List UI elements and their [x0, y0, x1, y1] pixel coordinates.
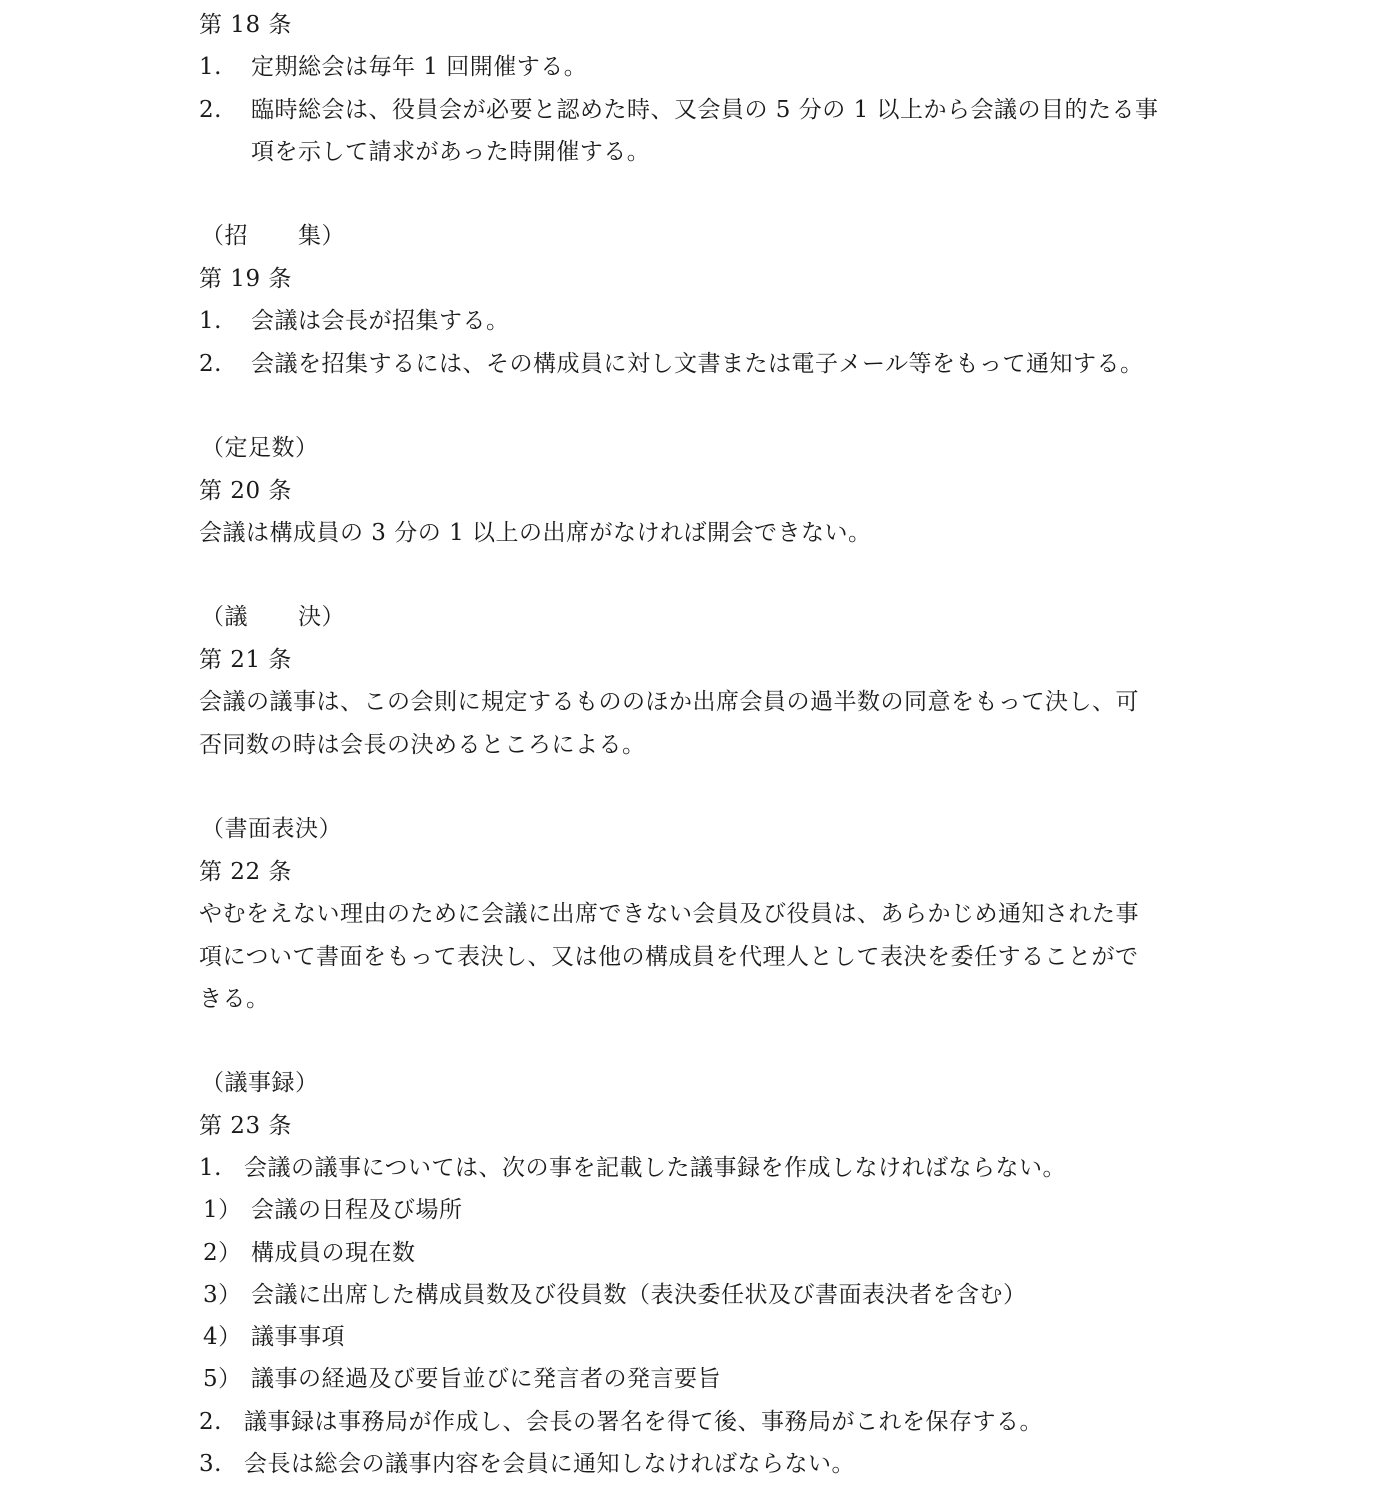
list-item: 1.会議は会長が招集する。 — [199, 300, 510, 342]
article-body: 会議の議事は、この会則に規定するもののほか出席会員の過半数の同意をもって決し、可 — [199, 681, 1139, 723]
sub-item-number: 2） — [199, 1232, 251, 1274]
article-body: きる。 — [199, 978, 270, 1020]
article-body: 会議は構成員の 3 分の 1 以上の出席がなければ開会できない。 — [199, 512, 872, 554]
section-heading: （議決） — [201, 596, 345, 638]
sub-list-item: 5）議事の経過及び要旨並びに発言者の発言要旨 — [199, 1358, 721, 1400]
item-number: 1. — [199, 46, 251, 88]
sub-item-number: 4） — [199, 1316, 251, 1358]
list-item: 2.議事録は事務局が作成し、会長の署名を得て後、事務局がこれを保存する。 — [199, 1401, 1043, 1443]
list-item: 3.会長は総会の議事内容を会員に通知しなければならない。 — [199, 1443, 855, 1485]
sub-list-item: 2）構成員の現在数 — [199, 1232, 416, 1274]
list-item: 1.定期総会は毎年 1 回開催する。 — [199, 46, 587, 88]
sub-item-text: 構成員の現在数 — [251, 1240, 416, 1266]
article-number: 第 22 条 — [199, 851, 292, 893]
item-text: 会長は総会の議事内容を会員に通知しなければならない。 — [244, 1451, 855, 1477]
sub-item-text: 議事事項 — [251, 1324, 345, 1350]
item-number: 1. — [199, 1147, 244, 1189]
sub-item-text: 会議に出席した構成員数及び役員数（表決委任状及び書面表決者を含む） — [251, 1282, 1027, 1308]
article-number: 第 18 条 — [199, 4, 292, 46]
item-number: 2. — [199, 89, 251, 131]
section-heading: （書面表決） — [201, 808, 342, 850]
sub-list-item: 4）議事事項 — [199, 1316, 345, 1358]
item-text: 臨時総会は、役員会が必要と認めた時、又会員の 5 分の 1 以上から会議の目的た… — [251, 97, 1159, 123]
item-text: 議事録は事務局が作成し、会長の署名を得て後、事務局がこれを保存する。 — [244, 1409, 1043, 1435]
item-text: 会議を招集するには、その構成員に対し文書または電子メール等をもって通知する。 — [251, 351, 1144, 377]
sub-list-item: 1）会議の日程及び場所 — [199, 1189, 463, 1231]
list-item: 2.臨時総会は、役員会が必要と認めた時、又会員の 5 分の 1 以上から会議の目… — [199, 89, 1159, 131]
item-text: 会議は会長が招集する。 — [251, 308, 510, 334]
list-item: 2.会議を招集するには、その構成員に対し文書または電子メール等をもって通知する。 — [199, 343, 1144, 385]
article-number: 第 23 条 — [199, 1105, 292, 1147]
section-heading: （議事録） — [201, 1062, 319, 1104]
sub-item-text: 議事の経過及び要旨並びに発言者の発言要旨 — [251, 1366, 721, 1392]
item-text: 会議の議事については、次の事を記載した議事録を作成しなければならない。 — [244, 1155, 1066, 1181]
sub-item-number: 5） — [199, 1358, 251, 1400]
article-number: 第 20 条 — [199, 470, 292, 512]
sub-item-text: 会議の日程及び場所 — [251, 1197, 463, 1223]
item-number: 2. — [199, 343, 251, 385]
list-item: 1.会議の議事については、次の事を記載した議事録を作成しなければならない。 — [199, 1147, 1066, 1189]
sub-item-number: 1） — [199, 1189, 251, 1231]
item-text: 定期総会は毎年 1 回開催する。 — [251, 54, 587, 80]
section-heading: （定足数） — [201, 427, 319, 469]
item-number: 3. — [199, 1443, 244, 1485]
item-number: 1. — [199, 300, 251, 342]
section-heading: （招集） — [201, 215, 345, 257]
sub-list-item: 3）会議に出席した構成員数及び役員数（表決委任状及び書面表決者を含む） — [199, 1274, 1027, 1316]
article-body: 項について書面をもって表決し、又は他の構成員を代理人として表決を委任することがで — [199, 936, 1139, 978]
article-body: 否同数の時は会長の決めるところによる。 — [199, 724, 646, 766]
item-continuation: 項を示して請求があった時開催する。 — [251, 131, 650, 173]
article-body: やむをえない理由のために会議に出席できない会員及び役員は、あらかじめ通知された事 — [199, 893, 1139, 935]
article-number: 第 19 条 — [199, 258, 292, 300]
sub-item-number: 3） — [199, 1274, 251, 1316]
item-number: 2. — [199, 1401, 244, 1443]
article-number: 第 21 条 — [199, 639, 292, 681]
